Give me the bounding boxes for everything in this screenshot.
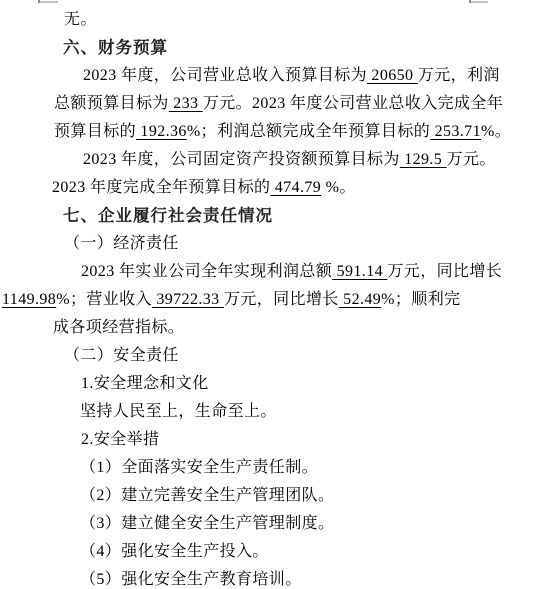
underlined-value: 233 (169, 95, 203, 112)
text-run: 万元。2023 年度公司营业总收入完成全年 (203, 95, 503, 112)
page-margin-mark-left (38, 1, 58, 3)
text-run: （5）强化安全生产教育培训。 (80, 571, 302, 588)
text-run: （一）经济责任 (64, 235, 179, 252)
para-none: 无。 (64, 6, 97, 34)
para-economic-line-3: 成各项经营指标。 (53, 314, 184, 342)
para-budget-line-1: 2023 年度，公司营业总收入预算目标为 20650 万元，利润 (83, 62, 500, 90)
para-budget-line-3: 预算目标的 192.36%；利润总额完成全年预算目标的 253.71%。 (54, 118, 511, 146)
heading-6-finance-budget: 六、财务预算 (63, 34, 168, 62)
text-run: %；营业收入 (56, 291, 152, 308)
para-fixed-asset-line-2: 2023 年度完成全年预算目标的 474.79 %。 (52, 174, 356, 202)
text-run: 总额预算目标为 (54, 95, 169, 112)
text-run: （1）全面落实安全生产责任制。 (80, 459, 318, 476)
text-run: 1.安全理念和文化 (81, 375, 209, 392)
para-budget-line-2: 总额预算目标为 233 万元。2023 年度公司营业总收入完成全年 (54, 90, 503, 118)
underlined-value: 253.71 (430, 123, 481, 140)
heading-7-social-responsibility: 七、企业履行社会责任情况 (63, 202, 273, 230)
text-run: 2023 年度完成全年预算目标的 (52, 179, 270, 196)
margin-tick-icon (469, 0, 471, 3)
underlined-value: 129.5 (400, 151, 447, 168)
list-item-measure-1: （1）全面落实安全生产责任制。 (80, 454, 318, 482)
text-run: 无。 (64, 11, 97, 28)
list-item-measure-5: （5）强化安全生产教育培训。 (80, 566, 302, 589)
underlined-value: 192.36 (136, 123, 187, 140)
text-run: 坚持人民至上，生命至上。 (80, 403, 277, 420)
underlined-value: 39722.33 (152, 291, 224, 308)
underlined-value: 591.14 (332, 263, 387, 280)
text-run: 2023 年实业公司全年实现利润总额 (81, 263, 332, 280)
text-run: %；利润总额完成全年预算目标的 (187, 123, 430, 140)
list-item-measure-4: （4）强化安全生产投入。 (80, 538, 269, 566)
text-run: 七、企业履行社会责任情况 (63, 207, 273, 225)
document-page: 无。六、财务预算2023 年度，公司营业总收入预算目标为 20650 万元，利润… (0, 0, 533, 589)
text-run: %；顺利完 (381, 291, 460, 308)
page-margin-mark-right (469, 1, 488, 3)
text-run: （2）建立完善安全生产管理团队。 (80, 487, 334, 504)
text-run: （3）建立健全安全生产管理制度。 (80, 515, 334, 532)
item-safety-measures-title: 2.安全举措 (81, 426, 159, 454)
underlined-value: 474.79 (270, 179, 321, 196)
text-run: %。 (481, 123, 511, 140)
text-run: 2023 年度，公司营业总收入预算目标为 (83, 67, 367, 84)
text-run: （二）安全责任 (64, 347, 179, 364)
underlined-value: 20650 (367, 67, 418, 84)
para-economic-line-2: 1149.98%；营业收入 39722.33 万元，同比增长 52.49%；顺利… (2, 286, 461, 314)
list-item-measure-2: （2）建立完善安全生产管理团队。 (80, 482, 334, 510)
underlined-value: 1149.98 (2, 291, 56, 308)
para-fixed-asset-line-1: 2023 年度，公司固定资产投资额预算目标为 129.5 万元。 (83, 146, 496, 174)
text-run: 万元，利润 (418, 67, 500, 84)
text-run: 万元，同比增长 (387, 263, 502, 280)
text-run: 六、财务预算 (63, 39, 168, 57)
text-run: 预算目标的 (54, 123, 136, 140)
underlined-value: 52.49 (339, 291, 381, 308)
text-run: 2023 年度，公司固定资产投资额预算目标为 (83, 151, 400, 168)
para-safety-concept: 坚持人民至上，生命至上。 (80, 398, 277, 426)
item-safety-concept-title: 1.安全理念和文化 (81, 370, 209, 398)
text-run: %。 (321, 179, 356, 196)
margin-tick-icon (38, 0, 40, 3)
text-run: 成各项经营指标。 (53, 319, 184, 336)
text-run: （4）强化安全生产投入。 (80, 543, 269, 560)
subheading-safety-responsibility: （二）安全责任 (64, 342, 179, 370)
list-item-measure-3: （3）建立健全安全生产管理制度。 (80, 510, 334, 538)
text-run: 万元。 (447, 151, 496, 168)
text-run: 万元，同比增长 (224, 291, 339, 308)
para-economic-line-1: 2023 年实业公司全年实现利润总额 591.14 万元，同比增长 (81, 258, 502, 286)
subheading-economic-responsibility: （一）经济责任 (64, 230, 179, 258)
text-run: 2.安全举措 (81, 431, 159, 448)
